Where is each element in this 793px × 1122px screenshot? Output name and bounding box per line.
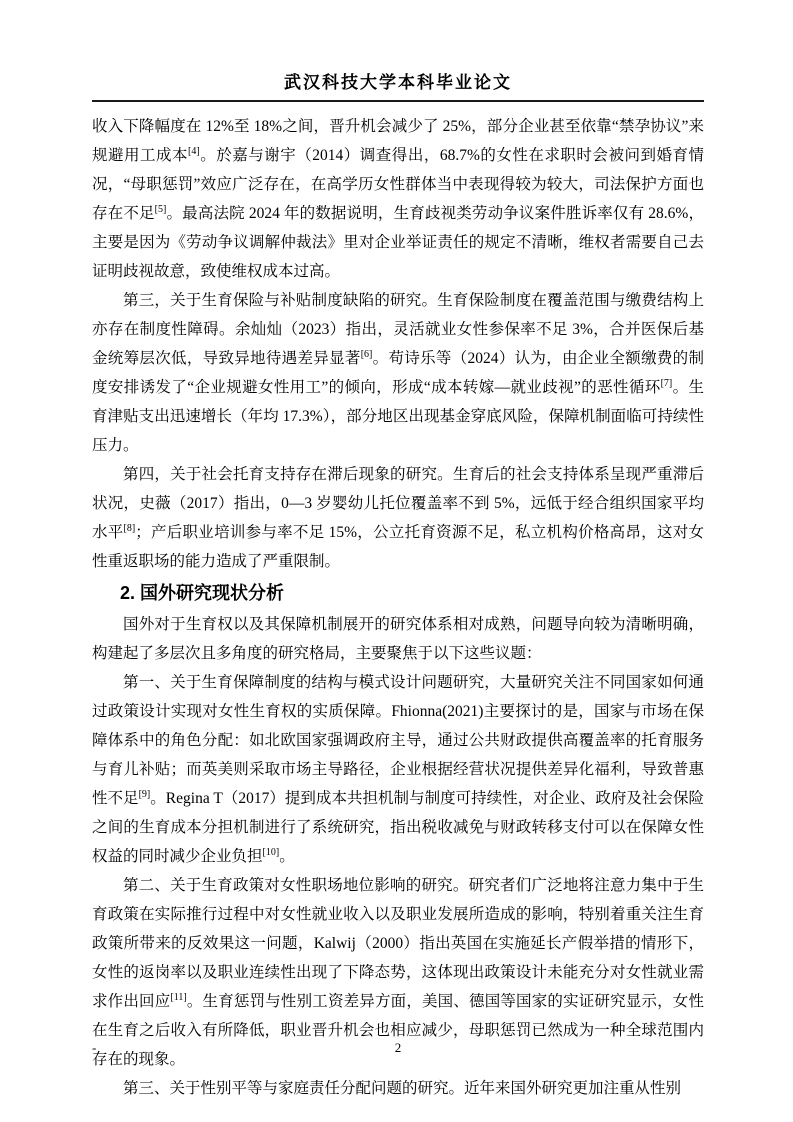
section-heading: 2. 国外研究现状分析: [120, 576, 704, 610]
text-run: 第一、关于生育保障制度的结构与模式设计问题研究，大量研究关注不同国家如何通过政策…: [92, 674, 704, 807]
citation-superscript: [6]: [361, 349, 373, 360]
paragraph: 第一、关于生育保障制度的结构与模式设计问题研究，大量研究关注不同国家如何通过政策…: [92, 668, 704, 871]
citation-superscript: [9]: [139, 789, 151, 800]
header-rule: [92, 100, 704, 102]
page-header: 武汉科技大学本科毕业论文: [92, 72, 704, 102]
paragraph: 第三、关于性别平等与家庭责任分配问题的研究。近年来国外研究更加注重从性别: [92, 1074, 704, 1103]
paragraph: 第三，关于生育保险与补贴制度缺陷的研究。生育保险制度在覆盖范围与缴费结构上亦存在…: [92, 286, 704, 460]
text-run: 。: [279, 848, 295, 865]
citation-superscript: [7]: [661, 378, 673, 389]
paragraph: 国外对于生育权以及其保障机制展开的研究体系相对成熟，问题导向较为清晰明确，构建起…: [92, 610, 704, 668]
citation-superscript: [11]: [170, 992, 186, 1003]
text-run: ；产后职业培训参与率不足 15%，公立托育资源不足，私立机构价格高昂，这对女性重…: [92, 524, 704, 570]
page-number: 2: [92, 1038, 704, 1058]
text-run: 。Regina T（2017）提到成本共担机制与制度可持续性，对企业、政府及社会…: [92, 790, 704, 865]
paragraph: 第四，关于社会托育支持存在滞后现象的研究。生育后的社会支持体系呈现严重滞后状况，…: [92, 460, 704, 576]
document-body: 收入下降幅度在 12%至 18%之间，晋升机会减少了 25%，部分企业甚至依靠“…: [92, 112, 704, 1103]
text-run: 。最高法院 2024 年的数据说明，生育歧视类劳动争议案件胜诉率仅有 28.6%…: [92, 205, 704, 280]
text-run: 国外对于生育权以及其保障机制展开的研究体系相对成熟，问题导向较为清晰明确，构建起…: [92, 616, 704, 662]
citation-superscript: [5]: [155, 204, 167, 215]
citation-superscript: [10]: [263, 847, 280, 858]
text-run: 第二、关于生育政策对女性职场地位影响的研究。研究者们广泛地将注意力集中于生育政策…: [92, 877, 704, 1010]
page-footer: - 2: [92, 1038, 704, 1058]
paragraph: 收入下降幅度在 12%至 18%之间，晋升机会减少了 25%，部分企业甚至依靠“…: [92, 112, 704, 286]
footer-dash: -: [92, 1038, 96, 1058]
citation-superscript: [4]: [188, 146, 200, 157]
text-run: 第三、关于性别平等与家庭责任分配问题的研究。近年来国外研究更加注重从性别: [123, 1080, 681, 1097]
document-page: 武汉科技大学本科毕业论文 收入下降幅度在 12%至 18%之间，晋升机会减少了 …: [0, 0, 793, 1122]
citation-superscript: [8]: [124, 523, 136, 534]
header-title: 武汉科技大学本科毕业论文: [92, 72, 704, 94]
